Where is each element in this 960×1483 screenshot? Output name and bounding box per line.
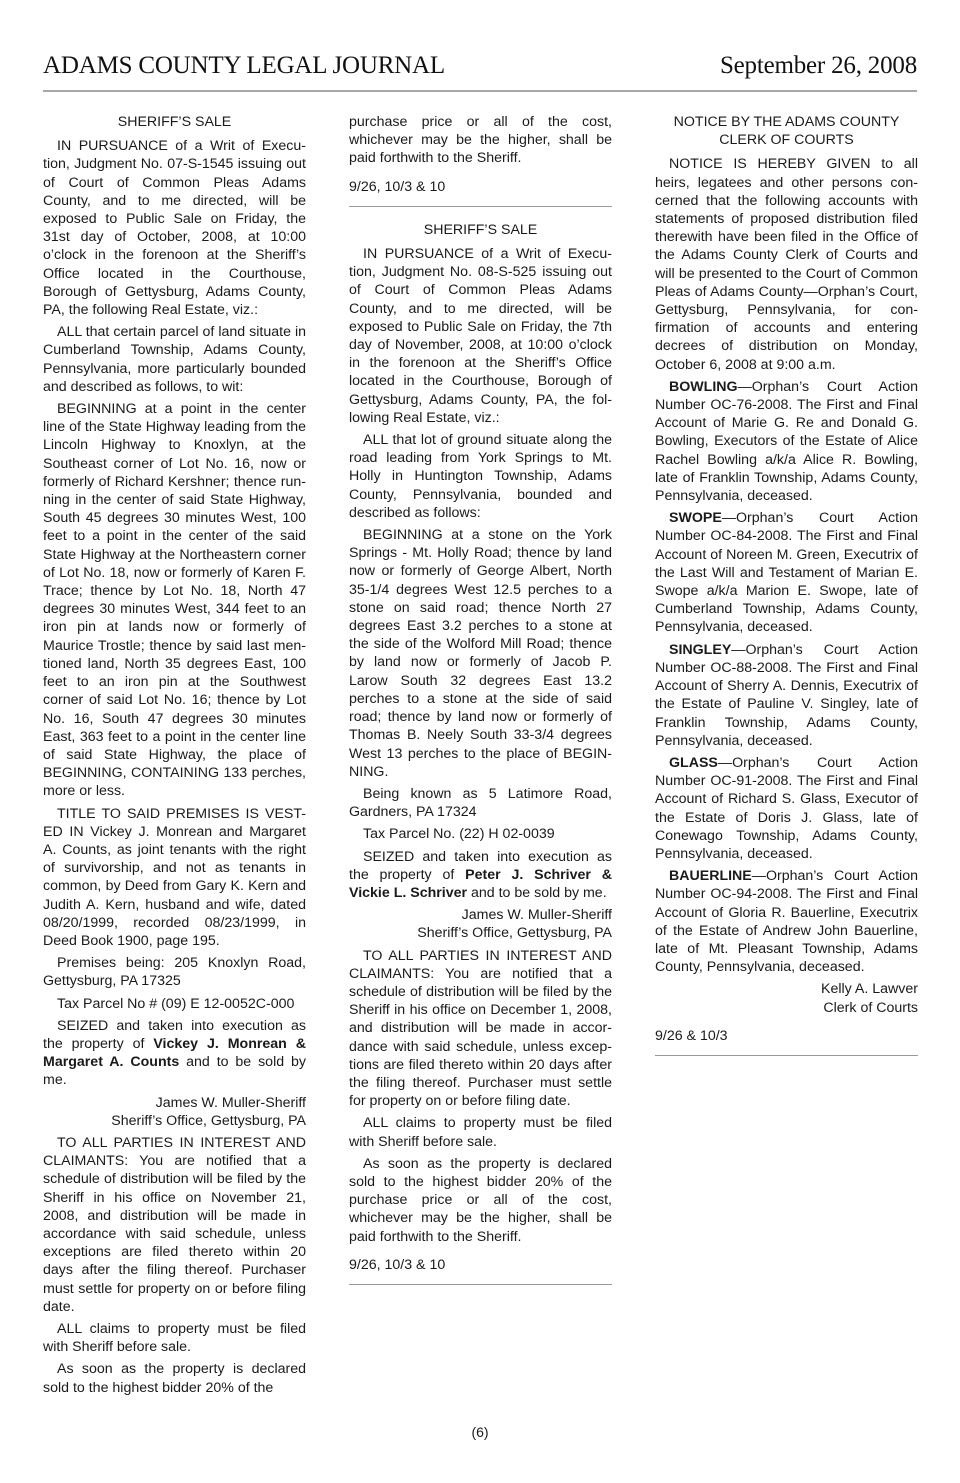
clerk-notice-publication-dates: 9/26 & 10/3 <box>655 1027 918 1045</box>
account-decedent-name: GLASS <box>669 755 718 771</box>
notice-divider <box>655 1055 918 1056</box>
clerk-title: Clerk of Courts <box>655 999 918 1017</box>
masthead: ADAMS COUNTY LEGAL JOURNAL September 26,… <box>43 52 917 80</box>
sale-1-title-paragraph: TITLE TO SAID PREMISES IS VEST-ED IN Vic… <box>43 805 306 951</box>
sale-2-publication-dates: 9/26, 10/3 & 10 <box>349 1256 612 1274</box>
notice-divider <box>349 1284 612 1285</box>
masthead-divider <box>43 90 917 92</box>
sale-2-tax-parcel: Tax Parcel No. (22) H 02-0039 <box>349 825 612 843</box>
sale-2-signature: James W. Muller-Sheriff Sheriff’s Office… <box>349 906 612 942</box>
sale-1-payment-paragraph-start: As soon as the property is declared sold… <box>43 1360 306 1396</box>
sale-2-parcel-paragraph: ALL that lot of ground situate along the… <box>349 431 612 522</box>
account-decedent-name: SINGLEY <box>669 642 731 658</box>
sale-1-tax-parcel: Tax Parcel No # (09) E 12-0052C-000 <box>43 995 306 1013</box>
column-3: NOTICE BY THE ADAMS COUNTY CLERK OF COUR… <box>655 113 918 1070</box>
clerk-notice-intro: NOTICE IS HEREBY GIVEN to all heirs, leg… <box>655 155 918 373</box>
sale-1-payment-paragraph-end: purchase price or all of the cost, which… <box>349 113 612 168</box>
issue-date: September 26, 2008 <box>720 52 917 80</box>
sale-2-seized-paragraph: SEIZED and taken into execution as the p… <box>349 848 612 903</box>
column-2: purchase price or all of the cost, which… <box>349 113 612 1299</box>
sale-2-distribution-notice: TO ALL PARTIES IN INTEREST AND CLAIMANTS… <box>349 947 612 1111</box>
sale-1-description-paragraph: BEGINNING at a point in the center line … <box>43 400 306 800</box>
account-entry: SWOPE—Orphan’s Court Action Number OC-84… <box>655 509 918 636</box>
sale-2-writ-paragraph: IN PURSUANCE of a Writ of Execu-tion, Ju… <box>349 245 612 427</box>
sheriffs-sale-2-heading: SHERIFF’S SALE <box>349 221 612 239</box>
account-entry: BAUERLINE—Orphan’s Court Action Number O… <box>655 867 918 976</box>
sale-2-known-as: Being known as 5 Latimore Road, Gardners… <box>349 785 612 821</box>
sale-1-signature: James W. Muller-Sheriff Sheriff’s Office… <box>43 1094 306 1130</box>
sale-1-premises: Premises being: 205 Knoxlyn Road, Gettys… <box>43 954 306 990</box>
clerk-notice-heading: NOTICE BY THE ADAMS COUNTY CLERK OF COUR… <box>655 113 918 149</box>
clerk-signature: Kelly A. Lawver Clerk of Courts <box>655 980 918 1016</box>
sheriff-name: James W. Muller-Sheriff <box>43 1094 306 1112</box>
account-decedent-name: SWOPE <box>669 510 722 526</box>
sheriff-office: Sheriff’s Office, Gettysburg, PA <box>349 924 612 942</box>
sale-1-writ-paragraph: IN PURSUANCE of a Writ of Execu-tion, Ju… <box>43 137 306 319</box>
sale-1-distribution-notice: TO ALL PARTIES IN INTEREST AND CLAIMANTS… <box>43 1134 306 1316</box>
sale-1-claims-paragraph: ALL claims to property must be filed wit… <box>43 1320 306 1356</box>
account-decedent-name: BAUERLINE <box>669 868 752 884</box>
clerk-name: Kelly A. Lawver <box>655 980 918 998</box>
column-1: SHERIFF’S SALE IN PURSUANCE of a Writ of… <box>43 113 306 1401</box>
account-entry: SINGLEY—Orphan’s Court Action Number OC-… <box>655 641 918 750</box>
sheriffs-sale-1-heading: SHERIFF’S SALE <box>43 113 306 131</box>
account-entry: GLASS—Orphan’s Court Action Number OC-91… <box>655 754 918 863</box>
sheriff-office: Sheriff’s Office, Gettysburg, PA <box>43 1112 306 1130</box>
sale-2-description-paragraph: BEGINNING at a stone on the York Springs… <box>349 526 612 781</box>
sheriff-name: James W. Muller-Sheriff <box>349 906 612 924</box>
journal-title: ADAMS COUNTY LEGAL JOURNAL <box>43 52 445 80</box>
sale-1-parcel-paragraph: ALL that certain parcel of land situate … <box>43 323 306 396</box>
sale-1-publication-dates: 9/26, 10/3 & 10 <box>349 178 612 196</box>
notice-divider <box>349 206 612 207</box>
sale-1-seized-paragraph: SEIZED and taken into execution as the p… <box>43 1017 306 1090</box>
account-entry: BOWLING—Orphan’s Court Action Number OC-… <box>655 378 918 505</box>
sale-2-payment-paragraph: As soon as the property is declared sold… <box>349 1155 612 1246</box>
sale-2-claims-paragraph: ALL claims to property must be filed wit… <box>349 1114 612 1150</box>
page-number: (6) <box>0 1424 960 1440</box>
account-decedent-name: BOWLING <box>669 379 738 395</box>
